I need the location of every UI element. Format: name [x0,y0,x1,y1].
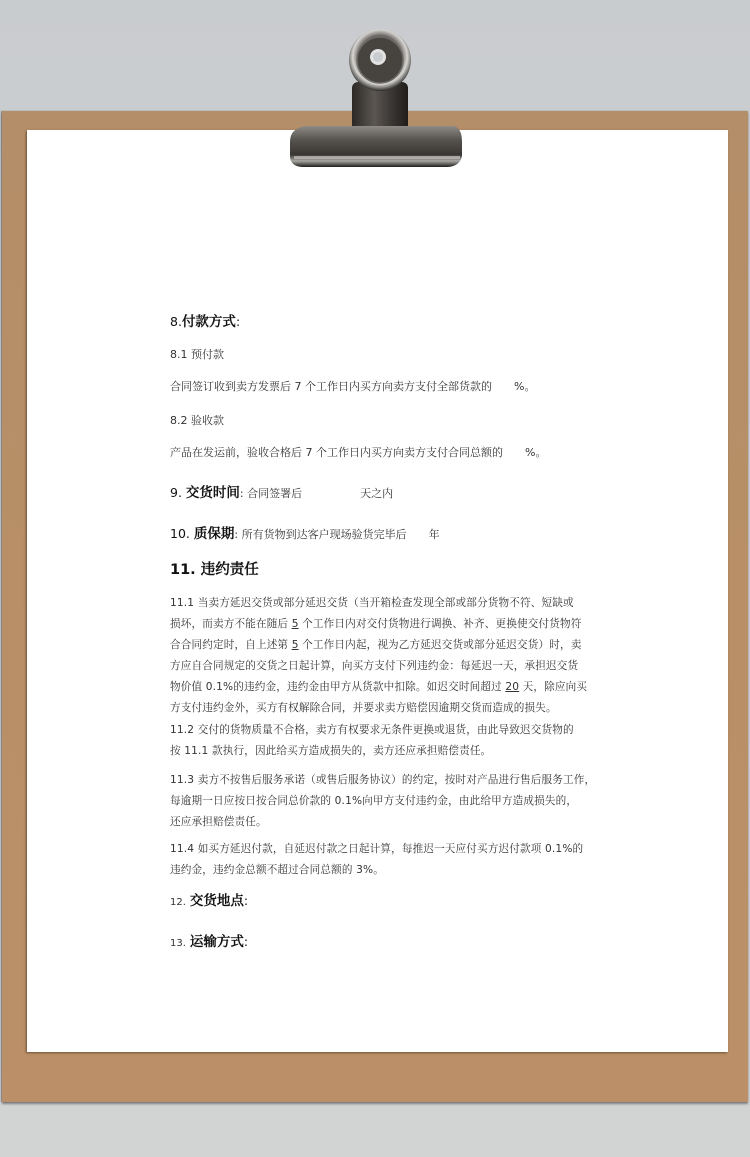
section-title: 运输方式 [190,934,244,950]
paragraph-11-1-line: 损坏，而卖方不能在随后 5 个工作日内对交付货物进行调换、补齐、更换使交付货物符 [170,617,581,631]
paragraph-11-3-line: 每逾期一日应按日按合同总价款的 0.1%向甲方支付违约金，由此给甲方造成损失的， [170,794,577,808]
acceptance-text: 产品在发运前，验收合格后 7 个工作日内买方向卖方支付合同总额的 [170,446,503,459]
section-number: 13. [170,938,186,949]
colon: : [244,934,248,949]
paragraph-11-3-line: 11.3 卖方不按售后服务承诺（或售后服务协议）的约定，按时对产品进行售后服务工… [170,773,595,787]
paragraph-11-2-line: 11.2 交付的货物质量不合格，卖方有权要求无条件更换或退货，由此导致迟交货物的 [170,723,574,737]
section-text: 天之内 [360,487,393,500]
paragraph-11-4-line: 11.4 如买方延迟付款，自延迟付款之日起计算，每推迟一天应付买方迟付款项 0.… [170,842,583,856]
section-title: 付款方式 [182,314,236,330]
underlined-days: 5 [292,618,299,630]
underlined-days: 5 [292,639,299,651]
text: 损坏，而卖方不能在随后 [170,618,292,630]
paragraph-11-1-line: 11.1 当卖方延迟交货或部分延迟交货（当开箱检查发现全部或部分货物不符、短缺或 [170,596,574,610]
section-text: : 合同签署后 [240,487,302,500]
subsection-8-1-text: 合同签订收到卖方发票后 7 个工作日内买方向卖方支付全部货款的%。 [170,380,535,394]
paragraph-11-1-line: 合合同约定时，自上述第 5 个工作日内起，视为乙方延迟交货或部分延迟交货）时，卖 [170,638,581,652]
subsection-8-2-text: 产品在发运前，验收合格后 7 个工作日内买方向卖方支付合同总额的%。 [170,446,546,460]
percent-sign: %。 [525,446,546,459]
section-number: 9. [170,485,182,500]
paragraph-11-1-line: 方应自合同规定的交货之日起计算，向买方支付下列违约金：每延迟一天，承担迟交货 [170,659,578,673]
paragraph-11-3-line: 还应承担赔偿责任。 [170,815,267,829]
paragraph-11-1-line: 方支付违约金外，买方有权解除合同，并要求卖方赔偿因逾期交货而造成的损失。 [170,701,557,715]
colon: : [236,314,240,329]
subsection-8-2-label: 8.2 验收款 [170,414,224,428]
section-number: 10. [170,526,190,541]
text: 天，除应向买 [519,681,587,693]
section-9: 9. 交货时间: 合同签署后天之内 [170,486,393,501]
paragraph-11-2-line: 按 11.1 款执行，因此给买方造成损失的，卖方还应承担赔偿责任。 [170,744,491,758]
section-10: 10. 质保期: 所有货物到达客户现场验货完毕后年 [170,527,440,542]
section-number: 12. [170,897,186,908]
binder-clip-icon [280,20,470,172]
colon: : [244,893,248,908]
text: 物价值 0.1%的违约金，违约金由甲方从货款中扣除。如迟交时间超过 [170,681,505,693]
section-title: 交货地点 [190,893,244,909]
paragraph-11-4-line: 违约金，违约金总额不超过合同总额的 3%。 [170,863,384,877]
document-page [27,130,728,1052]
section-text: : 所有货物到达客户现场验货完毕后 [234,528,406,541]
text: 个工作日内起，视为乙方延迟交货或部分延迟交货）时，卖 [299,639,582,651]
section-title: 质保期 [194,526,235,542]
paragraph-11-1-line: 物价值 0.1%的违约金，违约金由甲方从货款中扣除。如迟交时间超过 20 天，除… [170,680,587,694]
section-11-heading: 11. 违约责任 [170,563,259,577]
prepayment-text: 合同签订收到卖方发票后 7 个工作日内买方向卖方支付全部货款的 [170,380,492,393]
section-13-heading: 13. 运输方式: [170,935,248,951]
text: 合合同约定时，自上述第 [170,639,292,651]
section-12-heading: 12. 交货地点: [170,894,248,910]
text: 个工作日内对交付货物进行调换、补齐、更换使交付货物符 [299,618,582,630]
percent-sign: %。 [514,380,535,393]
section-8-heading: 8.付款方式: [170,315,240,329]
section-text: 年 [429,528,440,541]
section-title: 交货时间 [186,485,240,501]
subsection-8-1-label: 8.1 预付款 [170,348,224,362]
section-number: 8. [170,314,182,329]
underlined-days: 20 [505,681,519,693]
